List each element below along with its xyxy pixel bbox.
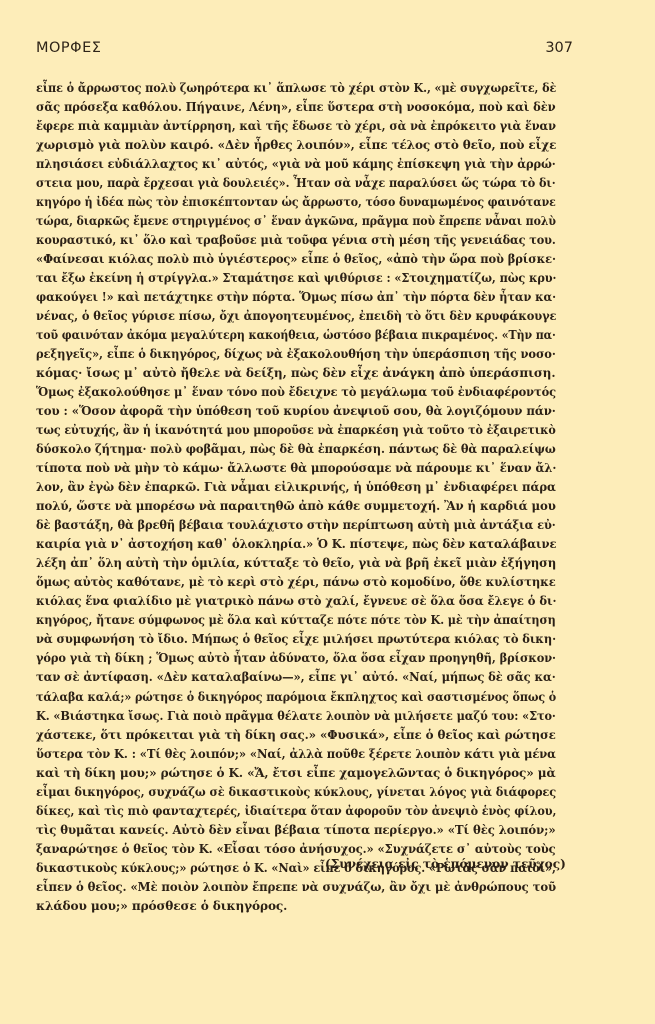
text-line: Ὅμως ἐξακολούθησε μ᾿ ἕναν τόνο ποὺ ἔδειχ… bbox=[36, 383, 556, 402]
text-line: δίκες, καὶ τὶς πιὸ φανταχτερές, ἰδιαίτερ… bbox=[36, 802, 556, 821]
text-line: ταν σὲ ἀντίφαση. «Δὲν καταλαβαίνω—», εἶπ… bbox=[36, 668, 556, 687]
text-line: του : «Ὅσον ἀφορᾶ τὴν ὑπόθεση τοῦ κυρίου… bbox=[36, 402, 556, 421]
text-line: λον, ἂν ἐγὼ δὲν ἐπαρκῶ. Γιὰ νἆμαι εἰλικρ… bbox=[36, 478, 556, 497]
text-line: πλησιάσει εὐδιάλλαχτος κι᾿ αὐτός, «γιὰ ν… bbox=[36, 155, 556, 174]
text-line: τάλαβα καλά;» ρώτησε ὁ δικηγόρος παρόμοι… bbox=[36, 688, 556, 707]
text-line: ρεξηγεῖς», εἶπε ὁ δικηγόρος, δίχως νὰ ἐξ… bbox=[36, 345, 556, 364]
text-line: τίποτα ποὺ νὰ μὴν τὸ κάμω· ἄλλωστε θὰ μπ… bbox=[36, 459, 556, 478]
text-line: ὅμως αὐτὸς καθότανε, μὲ τὸ κερὶ στὸ χέρι… bbox=[36, 573, 556, 592]
text-line: δὲ βαστάξη, θὰ βρεθῆ βέβαια τουλάχιστο σ… bbox=[36, 516, 556, 535]
text-line: καὶ τὴ δίκη μου;» ρώτησε ὁ Κ. «Ἄ, ἔτσι ε… bbox=[36, 764, 556, 783]
text-line: σᾶς πρόσεξα καθόλου. Πήγαινε, Λένη», εἶπ… bbox=[36, 98, 556, 117]
text-line: εἶπεν ὁ θεῖος. «Μὲ ποιὸν λοιπὸν ἔπρεπε ν… bbox=[36, 878, 556, 897]
text-line: νὰ συμφωνήση τὸ ἴδιο. Μήπως ὁ θεῖος εἶχε… bbox=[36, 630, 556, 649]
text-line: ὕστερα τὸν Κ. : «Τί θὲς λοιπόν;» «Ναί, ἀ… bbox=[36, 745, 556, 764]
text-line: χωρισμὸ γιὰ πολὺν καιρό. «Δὲν ἦρθες λοιπ… bbox=[36, 136, 556, 155]
text-line: γόρο γιὰ τὴ δίκη ; Ὅμως αὐτὸ ἦταν ἀδύνατ… bbox=[36, 649, 556, 668]
text-line: «Φαίνεσαι κιόλας πολὺ πιὸ ὑγιέστερος» εἶ… bbox=[36, 250, 556, 269]
page-number: 307 bbox=[545, 40, 573, 56]
text-line: Κ. «Βιάστηκα ἴσως. Γιὰ ποιὸ πρᾶγμα θέλατ… bbox=[36, 707, 556, 726]
text-line: ἔφερε πιὰ καμμιὰν ἀντίρρηση, καὶ τῆς ἔδω… bbox=[36, 117, 556, 136]
text-line: τως εὐτυχής, ἂν ἡ ἱκανότητά μου μποροῦσε… bbox=[36, 421, 556, 440]
text-line: στεια μου, παρὰ ἔρχεσαι γιὰ δουλειές». Ἦ… bbox=[36, 174, 556, 193]
text-line: κηγόρο ἡ ἰδέα πὼς τὸν ἐπισκέπτονταν ὡς ἄ… bbox=[36, 193, 556, 212]
text-line: εἶπε ὁ ἄρρωστος πολὺ ζωηρότερα κι᾿ ἅπλωσ… bbox=[36, 79, 556, 98]
text-line: νένας, ὁ θεῖος γύρισε πίσω, ὄχι ἀπογοητε… bbox=[36, 307, 556, 326]
book-page: ΜΟΡΦΕΣ 307 εἶπε ὁ ἄρρωστος πολὺ ζωηρότερ… bbox=[0, 0, 655, 1024]
running-header: ΜΟΡΦΕΣ 307 bbox=[36, 40, 573, 60]
text-line: ται ἔξω ἐκείνη ἡ στρίγγλα.» Σταμάτησε κα… bbox=[36, 269, 556, 288]
text-line: ξαναρώτησε ὁ θεῖος τὸν Κ. «Εἶσαι τόσο ἀν… bbox=[36, 840, 556, 859]
text-line: κόμας· ἴσως μ᾿ αὐτὸ ἤθελε νὰ δείξη, πὼς … bbox=[36, 364, 556, 383]
text-line: δύσκολο ζήτημα· πολὺ φοβᾶμαι, πὼς δὲ θὰ … bbox=[36, 440, 556, 459]
text-line: κλάδου μου;» πρόσθεσε ὁ δικηγόρος. bbox=[36, 897, 556, 916]
text-line: κηγόρος, ἤτανε σύμφωνος μὲ ὅλα καὶ κύττα… bbox=[36, 611, 556, 630]
text-line: κιόλας ἕνα φιαλίδιο μὲ γιατρικὸ πάνω στὸ… bbox=[36, 592, 556, 611]
continuation-note: (Συνέχεια εἰς τὸ ἑπόμενον τεῦχος) bbox=[325, 857, 566, 871]
text-line: φακούγει !» καὶ πετάχτηκε στὴν πόρτα. Ὅμ… bbox=[36, 288, 556, 307]
text-line: εἶμαι δικηγόρος, συχνάζω σὲ δικαστικοὺς … bbox=[36, 783, 556, 802]
text-line: τὶς θυμᾶται κανείς. Αὐτὸ δὲν εἶναι βέβαι… bbox=[36, 821, 556, 840]
journal-title: ΜΟΡΦΕΣ bbox=[36, 40, 101, 56]
text-line: τώρα, διαρκῶς ἔμενε στηριγμένος σ᾿ ἕναν … bbox=[36, 212, 556, 231]
text-line: χάστεκε, ὅτι πρόκειται γιὰ τὴ δίκη σας.»… bbox=[36, 726, 556, 745]
body-text: εἶπε ὁ ἄρρωστος πολὺ ζωηρότερα κι᾿ ἅπλωσ… bbox=[36, 79, 556, 916]
text-line: πολύ, ὥστε νὰ μπορέσω νὰ παραιτηθῶ ἀπὸ κ… bbox=[36, 497, 556, 516]
text-line: κουραστικό, κι᾿ ὅλο καὶ τραβοῦσε μιὰ τοῦ… bbox=[36, 231, 556, 250]
text-line: καιρία γιὰ ν᾿ ἀστοχήση καθ᾿ ὁλοκληρία.» … bbox=[36, 535, 556, 554]
text-line: τοῦ φαινόταν ἀκόμα μεγαλύτερη κακοήθεια,… bbox=[36, 326, 556, 345]
text-line: λέξη ἀπ᾿ ὅλη αὐτὴ τὴν ὁμιλία, κύτταξε τὸ… bbox=[36, 554, 556, 573]
